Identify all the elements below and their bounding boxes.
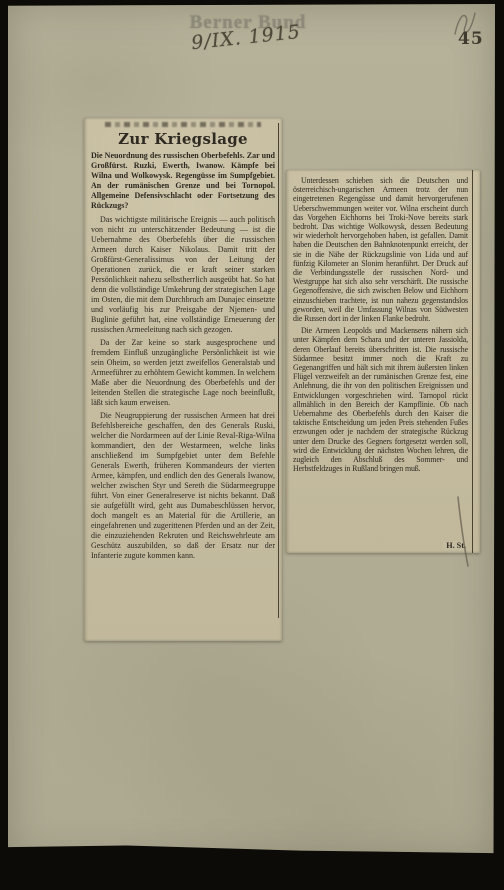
album-page: Berner Bund 9/IX. 1915 45 Zur Kriegslage… [8, 4, 495, 860]
clipping-right-column: Unterdessen schieben sich die Deutschen … [286, 170, 480, 553]
pencil-stroke [454, 496, 472, 568]
page-number: 45 [458, 29, 484, 49]
left-column-text: Zur Kriegslage Die Neuordnung des russis… [84, 118, 282, 561]
scan-background: { "header": { "newspaper_stamp": "Berner… [0, 0, 504, 890]
clipping-left-column: Zur Kriegslage Die Neuordnung des russis… [84, 118, 282, 641]
article-lead: Die Neuordnung des russischen Oberbefehl… [91, 151, 275, 211]
column-rule [278, 123, 279, 618]
article-paragraph: Das wichtigste militärische Ereignis — a… [91, 215, 275, 335]
article-paragraph: Unterdessen schieben sich die Deutschen … [293, 176, 468, 323]
column-rule [472, 170, 473, 553]
article-title: Zur Kriegslage [91, 130, 275, 148]
article-paragraph: Da der Zar keine so stark ausgesprochene… [91, 338, 275, 408]
article-paragraph: Die Armeen Leopolds und Mackensens näher… [293, 326, 468, 473]
right-column-text: Unterdessen schieben sich die Deutschen … [286, 170, 480, 474]
cropped-print-remnant [105, 122, 261, 127]
article-paragraph: Die Neugruppierung der russischen Armeen… [91, 411, 275, 561]
